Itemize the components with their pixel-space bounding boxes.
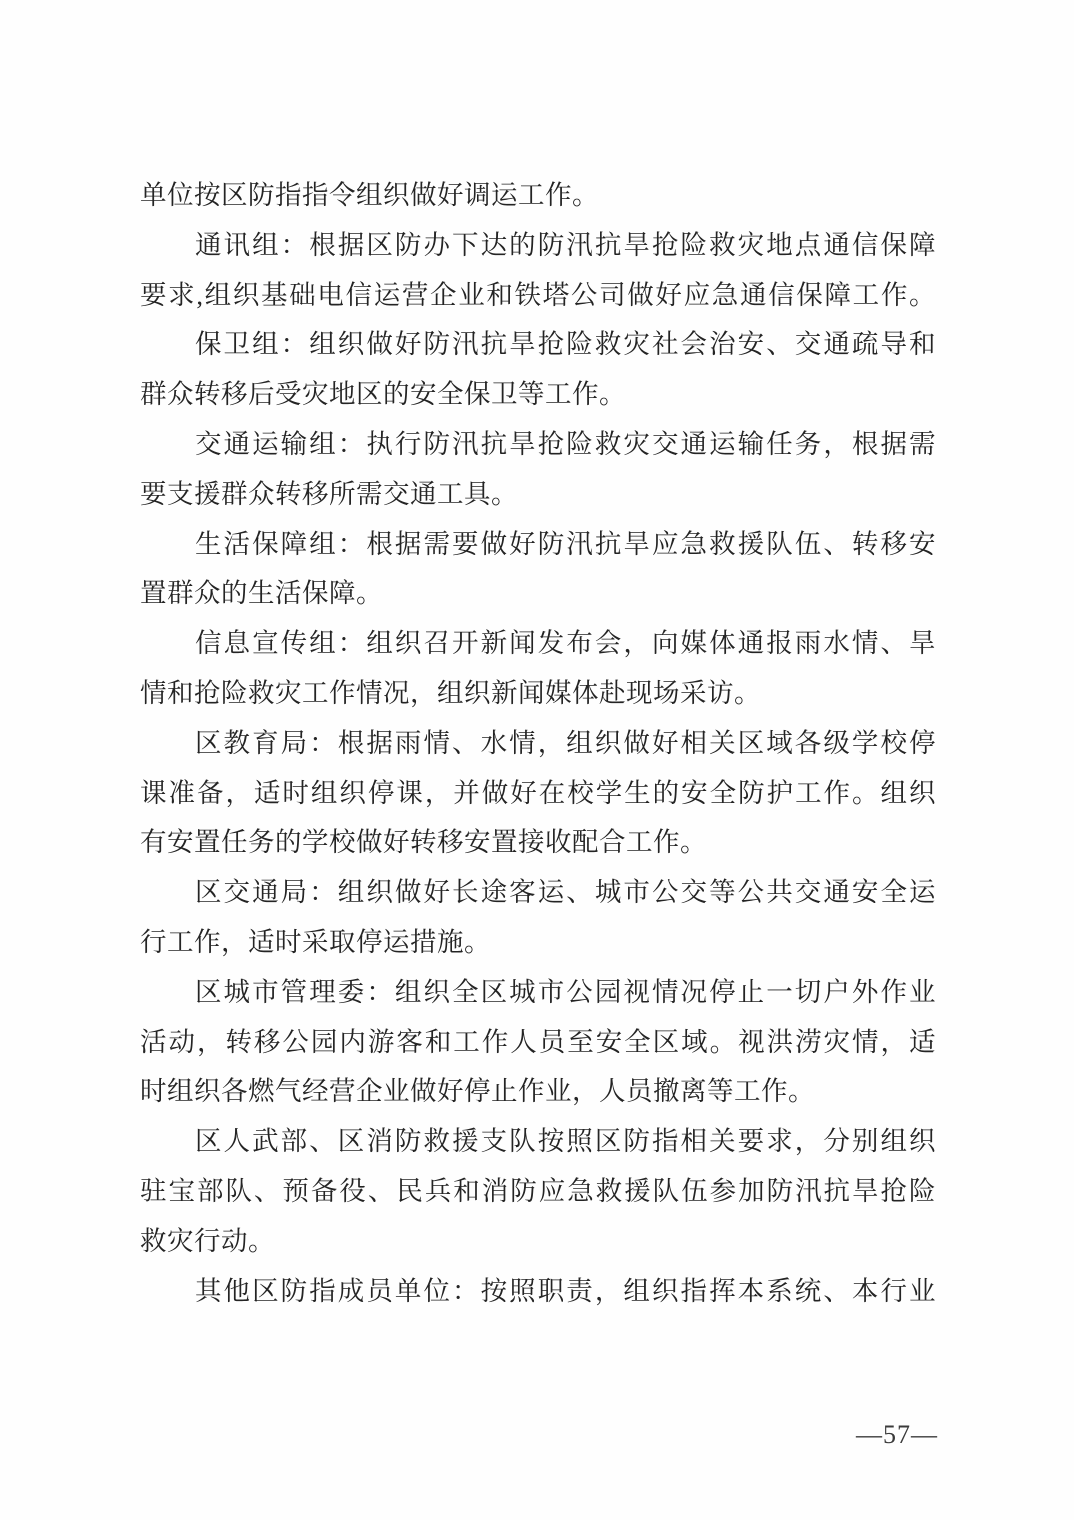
- text-line: 有安置任务的学校做好转移安置接收配合工作。: [140, 818, 936, 868]
- text-line: 群众转移后受灾地区的安全保卫等工作。: [140, 370, 936, 420]
- text-line: 时组织各燃气经营企业做好停止作业，人员撤离等工作。: [140, 1067, 936, 1117]
- text-line: 区教育局：根据雨情、水情，组织做好相关区域各级学校停: [140, 719, 936, 769]
- text-line: 活动，转移公园内游客和工作人员至安全区域。视洪涝灾情，适: [140, 1018, 936, 1068]
- text-line: 信息宣传组：组织召开新闻发布会，向媒体通报雨水情、旱: [140, 619, 936, 669]
- text-line: 区交通局：组织做好长途客运、城市公交等公共交通安全运: [140, 868, 936, 918]
- document-page: 单位按区防指指令组织做好调运工作。通讯组：根据区防办下达的防汛抗旱抢险救灾地点通…: [0, 0, 1074, 1520]
- text-line: 保卫组：组织做好防汛抗旱抢险救灾社会治安、交通疏导和: [140, 320, 936, 370]
- text-line: 交通运输组：执行防汛抗旱抢险救灾交通运输任务，根据需: [140, 420, 936, 470]
- page-number: —57—: [856, 1418, 938, 1452]
- text-line: 驻宝部队、预备役、民兵和消防应急救援队伍参加防汛抗旱抢险: [140, 1167, 936, 1217]
- document-body: 单位按区防指指令组织做好调运工作。通讯组：根据区防办下达的防汛抗旱抢险救灾地点通…: [140, 171, 936, 1316]
- text-line: 情和抢险救灾工作情况，组织新闻媒体赴现场采访。: [140, 669, 936, 719]
- text-line: 要求,组织基础电信运营企业和铁塔公司做好应急通信保障工作。: [140, 271, 936, 321]
- text-line: 救灾行动。: [140, 1217, 936, 1267]
- text-line: 通讯组：根据区防办下达的防汛抗旱抢险救灾地点通信保障: [140, 221, 936, 271]
- text-line: 课准备，适时组织停课，并做好在校学生的安全防护工作。组织: [140, 769, 936, 819]
- text-line: 区城市管理委：组织全区城市公园视情况停止一切户外作业: [140, 968, 936, 1018]
- text-line: 置群众的生活保障。: [140, 569, 936, 619]
- text-line: 单位按区防指指令组织做好调运工作。: [140, 171, 936, 221]
- text-line: 其他区防指成员单位：按照职责，组织指挥本系统、本行业: [140, 1267, 936, 1317]
- text-line: 区人武部、区消防救援支队按照区防指相关要求，分别组织: [140, 1117, 936, 1167]
- text-line: 要支援群众转移所需交通工具。: [140, 470, 936, 520]
- text-line: 行工作，适时采取停运措施。: [140, 918, 936, 968]
- text-line: 生活保障组：根据需要做好防汛抗旱应急救援队伍、转移安: [140, 520, 936, 570]
